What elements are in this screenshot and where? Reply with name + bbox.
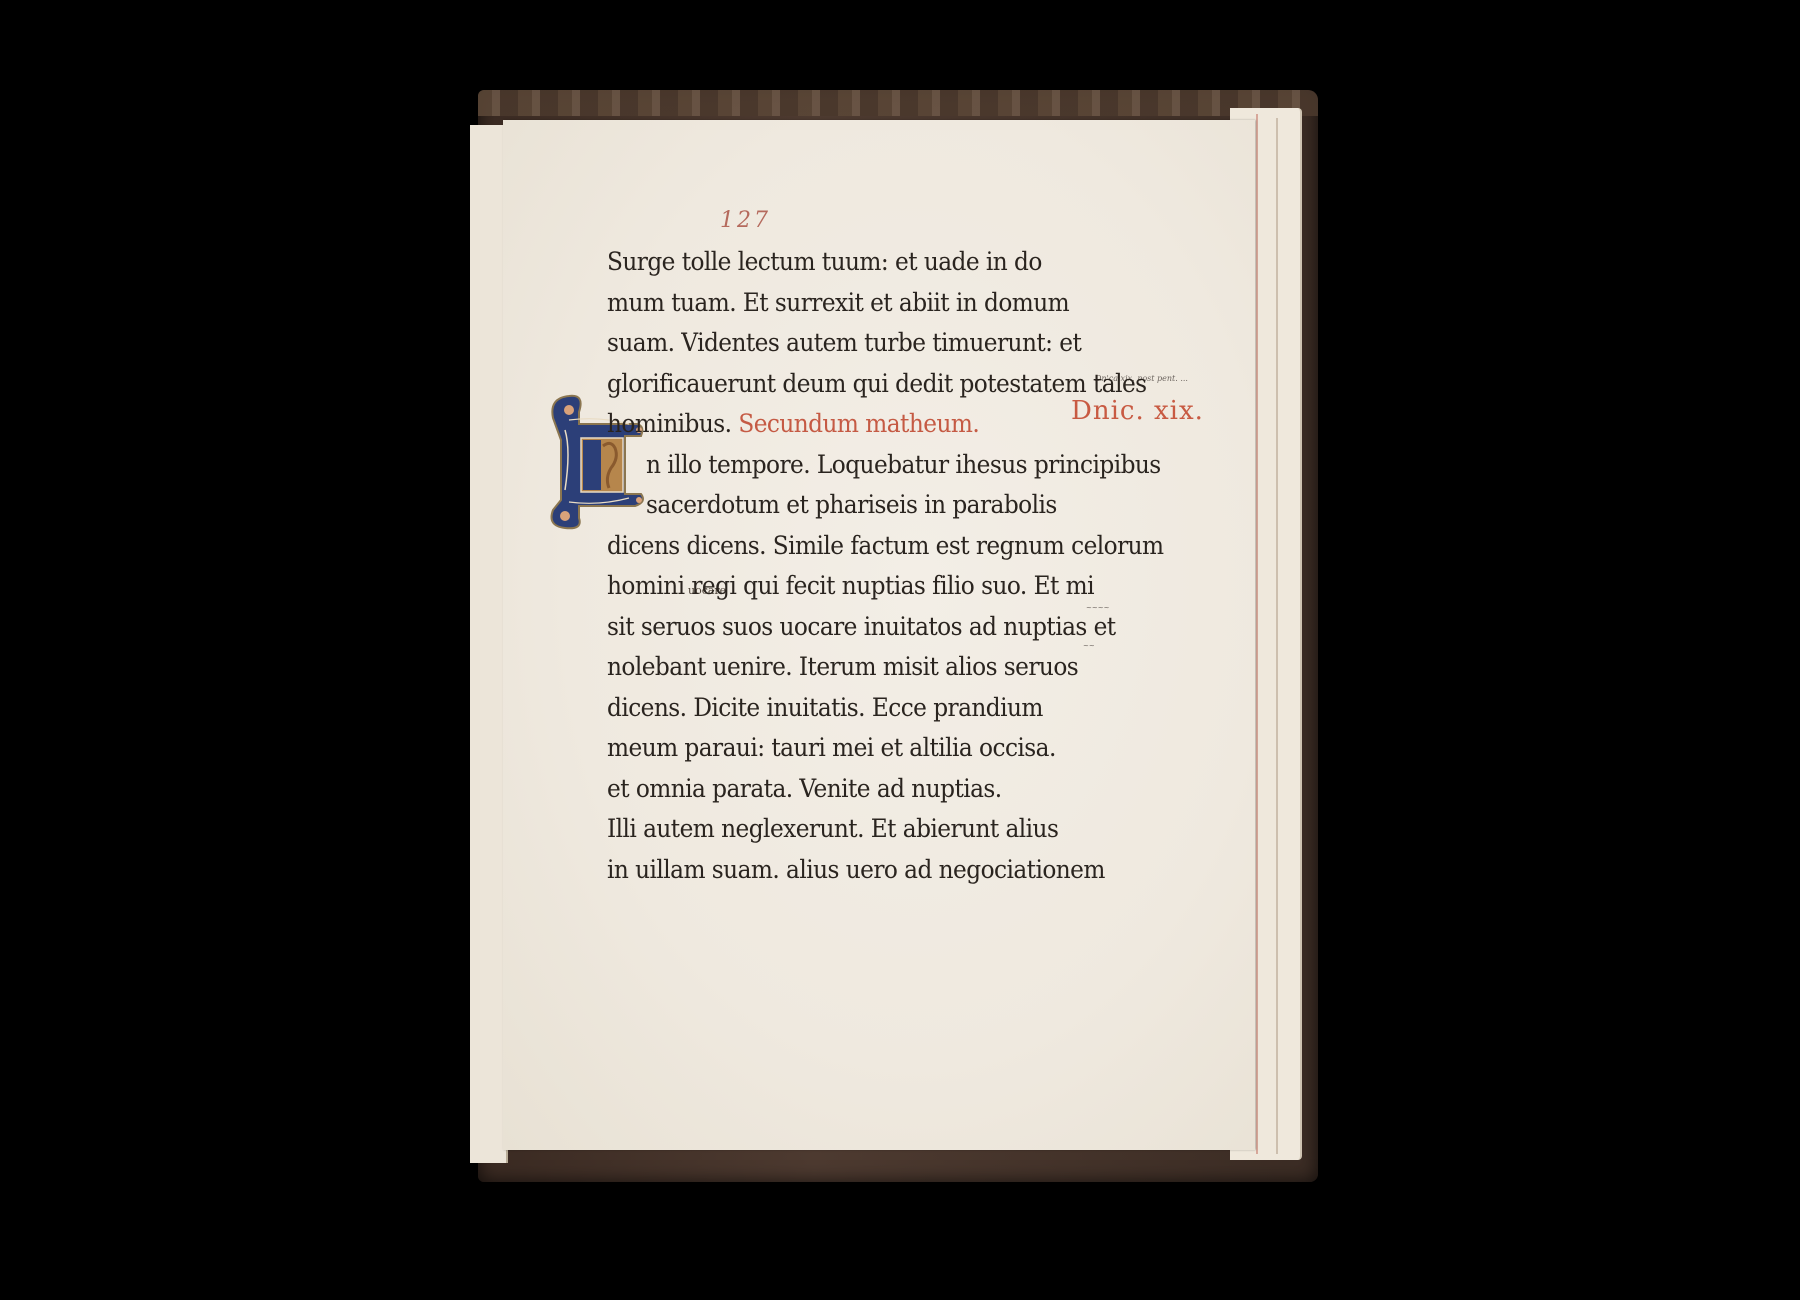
text-line: sacerdotum et phariseis in parabolis bbox=[607, 485, 998, 526]
margin-mark: ~~ bbox=[1083, 642, 1095, 650]
text-line: sit seruos suos uocare inuitatos ad nupt… bbox=[607, 607, 998, 648]
text-line: in uillam suam. alius uero ad negociatio… bbox=[607, 850, 998, 891]
text-line: dicens. Dicite inuitatis. Ecce prandium bbox=[607, 688, 998, 729]
margin-rubric: Dnic. xix. bbox=[1071, 396, 1204, 426]
cover-top-edge bbox=[478, 90, 1318, 116]
text-line: Illi autem neglexerunt. Et abierunt aliu… bbox=[607, 809, 998, 850]
text-line: glorificauerunt deum qui dedit potestate… bbox=[607, 364, 998, 405]
text-line: dicens dicens. Simile factum est regnum … bbox=[607, 526, 998, 567]
text-line: n illo tempore. Loquebatur ihesus princi… bbox=[607, 445, 998, 486]
manuscript-page: 127 Dn'ca xix. post pent. ... Dnic. xix.… bbox=[503, 120, 1255, 1150]
text-line: et omnia parata. Venite ad nuptias. bbox=[607, 769, 998, 810]
text-line: suam. Videntes autem turbe timuerunt: et bbox=[607, 323, 998, 364]
text-line: homini regi qui fecit nuptias filio suo.… bbox=[607, 566, 998, 607]
text-line-with-rubric: hominibus. Secundum matheum. bbox=[607, 404, 998, 445]
folio-number: 127 bbox=[720, 208, 771, 233]
text-line: Surge tolle lectum tuum: et uade in do bbox=[607, 242, 998, 283]
text-block: Surge tolle lectum tuum: et uade in do m… bbox=[607, 242, 1027, 890]
text-line: meum paraui: tauri mei et altilia occisa… bbox=[607, 728, 998, 769]
text-line: nolebant uenire. Iterum misit alios seru… bbox=[607, 647, 998, 688]
text-line: mum tuam. Et surrexit et abiit in domum bbox=[607, 283, 998, 324]
rubric-heading: Secundum matheum. bbox=[738, 409, 979, 438]
